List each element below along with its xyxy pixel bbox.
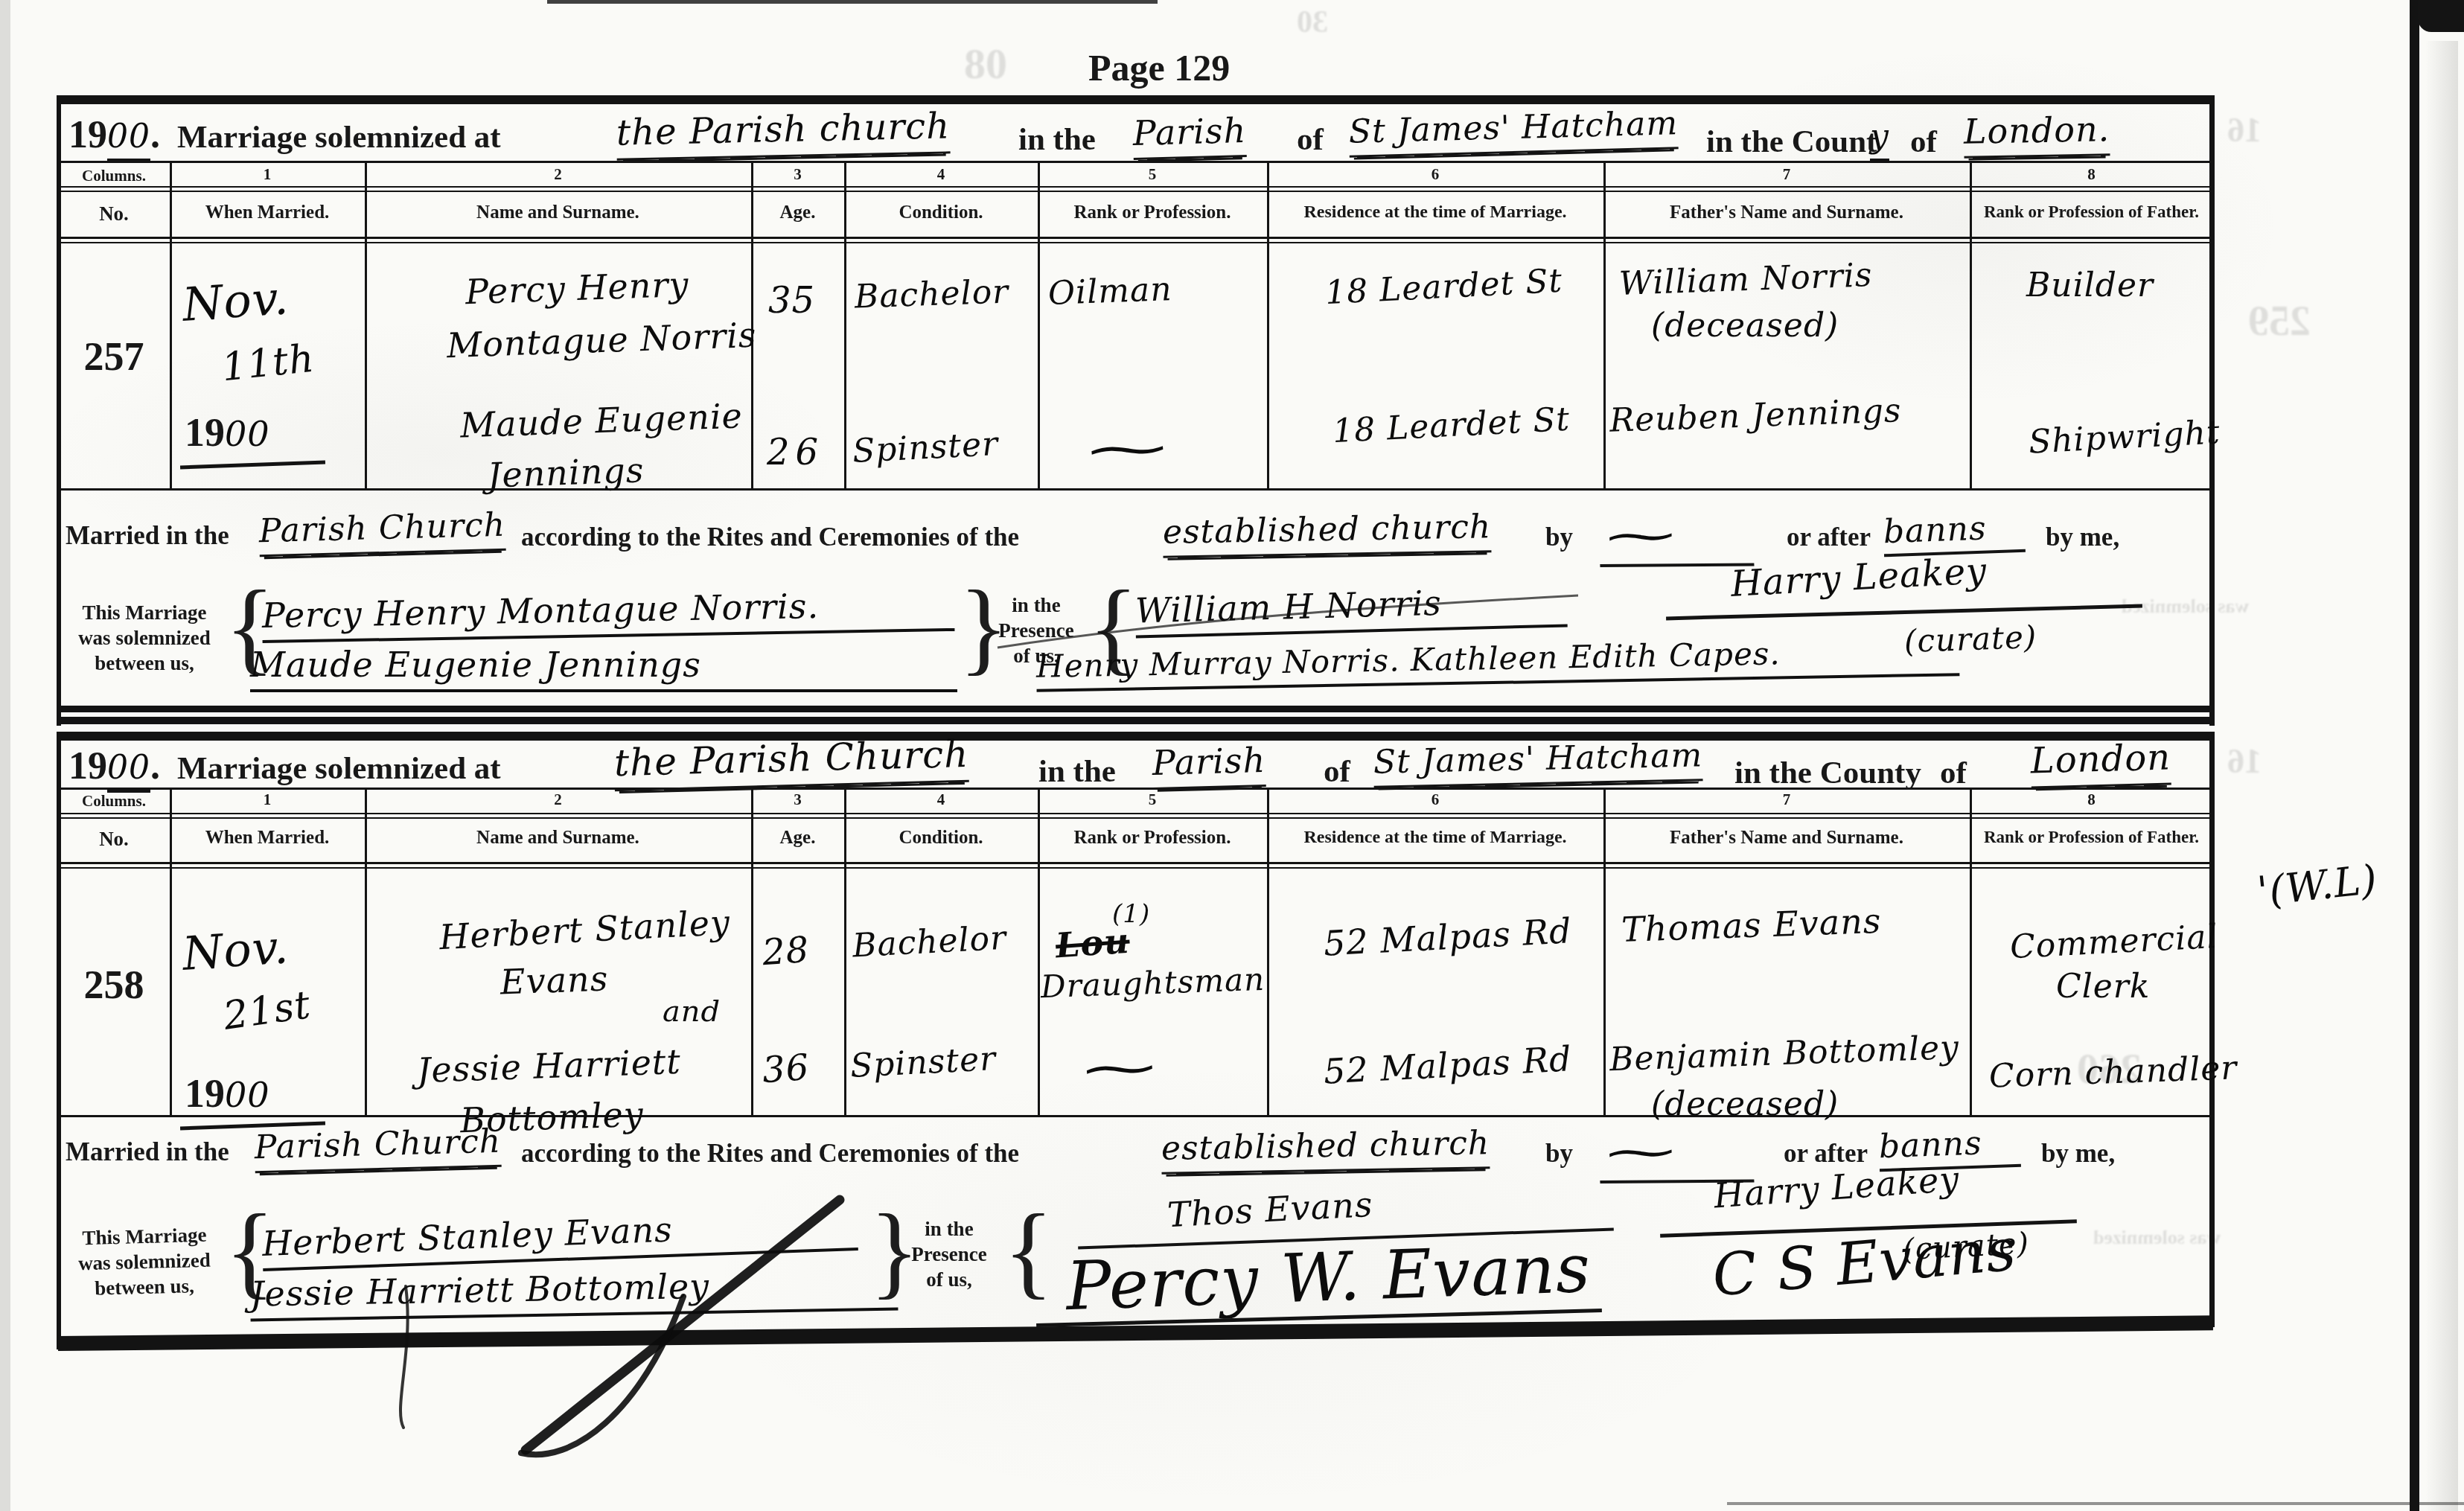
entry1-in-the-label: in the — [1018, 121, 1096, 158]
entry2-groom-rank: Draughtsman — [1040, 961, 1265, 1005]
entry1-bride-age: 26 — [767, 432, 824, 473]
solemnized-label-line3: between us, — [63, 1274, 226, 1301]
entry1-by-dash: ~ — [1598, 509, 1754, 567]
col-number: 2 — [365, 790, 751, 809]
col-number: 6 — [1267, 790, 1603, 809]
entry2-bride-condition: Spinster — [849, 1040, 997, 1085]
entry2-groom-condition: Bachelor — [852, 919, 1008, 965]
entry2-solemnized-label: Marriage solemnized at — [177, 750, 501, 787]
entry1-bride-father-rank: Shipwright — [2028, 413, 2221, 461]
col-number: 7 — [1603, 790, 1970, 809]
entry2-groom-father-rank-line2: Clerk — [2056, 968, 2150, 1006]
bottom-edge-line — [1727, 1502, 2464, 1505]
entry1-groom-father: William Norris — [1618, 256, 1873, 303]
entry1-bride-residence: 18 Leardet St — [1332, 400, 1571, 451]
entry2-spouse1-signature: Herbert Stanley Evans — [262, 1213, 858, 1261]
table2-rule — [58, 813, 2213, 814]
entry1-spouse1-signature: Percy Henry Montague Norris. — [262, 590, 954, 637]
solemnized-label-line1: This Marriage — [63, 1223, 226, 1250]
entry1-rites-label: according to the Rites and Ceremonies of… — [521, 523, 1019, 552]
entry2-church: Parish Church — [254, 1122, 502, 1174]
entry2-of-label: of — [1324, 753, 1350, 790]
entry2-place: the Parish Church — [613, 732, 969, 791]
entry1-bride-name-line2: Jennings — [487, 450, 645, 495]
entry2-when-year-written: 00 — [225, 1075, 270, 1115]
entry1-by-me-label: by me, — [2046, 523, 2119, 552]
entry2-year-period: . — [150, 745, 160, 788]
entry1-or-after-label: or after — [1787, 523, 1871, 552]
entry2-groom-name-line2: Evans — [499, 958, 609, 1002]
top-edge-line — [547, 0, 1158, 4]
right-margin-rule — [2410, 0, 2419, 1511]
entry2-year-printed: 19 — [68, 745, 107, 788]
entry2-bride-father: Benjamin Bottomley — [1609, 1029, 1960, 1079]
entry1-officiant-signature: Harry Leakey — [1730, 550, 1988, 605]
entry1-bride-name-line1: Maude Eugenie — [459, 395, 744, 445]
table2-right-border — [2209, 732, 2215, 1327]
entry2-by-me-label: by me, — [2041, 1139, 2115, 1169]
solemnized-label-line2: was solemnized — [63, 1248, 226, 1276]
entry1-county: London. — [1963, 109, 2110, 158]
table2-rule — [58, 862, 2213, 864]
col-header: Father's Name and Surname. — [1603, 202, 1970, 223]
col-header: Father's Name and Surname. — [1603, 828, 1970, 849]
col-header: Age. — [751, 828, 844, 849]
table1-rule — [58, 186, 2213, 188]
entry2-groom-name-line1: Herbert Stanley — [438, 902, 731, 957]
entry2-by-label: by — [1545, 1139, 1573, 1169]
entry2-bride-father-rank: Corn chandler — [1988, 1049, 2238, 1096]
entry1-parish-name: St James' Hatcham — [1348, 104, 1679, 158]
entry1-number: 257 — [58, 333, 170, 380]
entry2-groom-father: Thomas Evans — [1621, 901, 1882, 950]
presence-label-line2: Presence — [897, 1243, 1001, 1266]
entry2-bride-father-note: (deceased) — [1651, 1085, 1839, 1123]
col-number: 6 — [1267, 165, 1603, 184]
col-number: 4 — [844, 165, 1038, 184]
table2-left-border — [57, 732, 61, 1349]
col-number: 2 — [365, 165, 751, 184]
col-number: 7 — [1603, 165, 1970, 184]
col-number: 3 — [751, 790, 844, 809]
col-header: Rank or Profession. — [1038, 828, 1267, 849]
col-header: Residence at the time of Marriage. — [1267, 828, 1603, 848]
solemnized-label-line3: between us, — [63, 652, 226, 675]
entry1-year-printed: 19 — [68, 114, 107, 156]
entry2-year-written: 00 — [107, 749, 150, 793]
entry2-number: 258 — [58, 962, 170, 1008]
table2-rule — [58, 817, 2213, 819]
col-number: 1 — [170, 790, 365, 809]
entry2-witness1-signature: Thos Evans — [1166, 1184, 1374, 1235]
col-number: 8 — [1970, 165, 2213, 184]
entry1-solemnized-label: Marriage solemnized at — [177, 119, 501, 156]
entry2-groom-age: 28 — [761, 929, 811, 974]
entry2-groom-rank-struck: Lou — [1054, 921, 1131, 966]
col-header: Condition. — [844, 828, 1038, 849]
col-number: 4 — [844, 790, 1038, 809]
col-header: When Married. — [170, 828, 365, 849]
entry1-when-year: 1900 — [185, 409, 270, 456]
entry2-or-after-label: or after — [1784, 1139, 1868, 1169]
col-number: 5 — [1038, 165, 1267, 184]
presence-label-line3: of us, — [897, 1268, 1001, 1291]
entry1-groom-father-note: (deceased) — [1651, 307, 1839, 345]
columns-label: Columns. — [58, 167, 170, 185]
no-label: No. — [58, 828, 170, 851]
entry1-witness2-signature: Henry Murray Norris. Kathleen Edith Cape… — [1036, 640, 1959, 684]
col-number: 5 — [1038, 790, 1267, 809]
entry1-county-y: y — [1870, 118, 1889, 162]
entry2-county: London — [2030, 737, 2171, 789]
entry2-groom-father-rank-line1: Commercial — [2009, 918, 2219, 967]
entry2-when-year-printed: 19 — [185, 1071, 225, 1116]
entry2-rites-label: according to the Rites and Ceremonies of… — [521, 1139, 1019, 1169]
entry2-bride-residence: 52 Malpas Rd — [1323, 1038, 1573, 1091]
ghost-text: was solemnized — [2093, 1227, 2221, 1249]
no-label: No. — [58, 202, 170, 226]
entry2-when-month: Nov. — [181, 919, 291, 981]
entry1-parish-blank: Parish — [1132, 110, 1247, 160]
col-header: When Married. — [170, 202, 365, 223]
col-number: 8 — [1970, 790, 2213, 809]
col-number: 3 — [751, 165, 844, 184]
entry2-year: 1900. — [68, 744, 160, 788]
table2-rule — [58, 867, 2213, 869]
margin-note: '(W.L) — [2255, 856, 2380, 916]
entry1-groom-name-line1: Percy Henry — [465, 264, 689, 312]
entry1-when-year-written: 00 — [225, 414, 270, 454]
entry1-church: Parish Church — [258, 506, 506, 558]
columns-label: Columns. — [58, 792, 170, 811]
entry1-groom-rank: Oilman — [1047, 270, 1172, 313]
entry2-in-the-label: in the — [1038, 753, 1116, 790]
entry1-place: the Parish church — [616, 105, 950, 160]
ghost-number: 16 — [2227, 741, 2262, 781]
entry1-year: 1900. — [68, 113, 160, 157]
entry2-of2-label: of — [1940, 755, 1967, 791]
presence-label-line2: Presence — [984, 619, 1088, 642]
table1-rule — [58, 242, 2213, 243]
entry1-banns: banns — [1883, 508, 2026, 558]
presence-label-line1: in the — [897, 1218, 1001, 1241]
col-header: Name and Surname. — [365, 202, 751, 223]
entry1-bride-father: Reuben Jennings — [1609, 392, 1902, 440]
entry1-when-year-printed: 19 — [185, 410, 225, 455]
right-edge-texture — [2425, 41, 2458, 1511]
entry1-when-year-underline — [180, 461, 325, 470]
table1-top-border — [58, 95, 2213, 104]
page-number: Page 129 — [1088, 46, 1230, 89]
entry1-spouse2-signature: Maude Eugenie Jennings — [250, 645, 957, 692]
col-header: Residence at the time of Marriage. — [1267, 202, 1603, 223]
entry2-bride-age: 36 — [761, 1047, 811, 1091]
entry2-parish-name: St James' Hatcham — [1373, 736, 1702, 788]
entry1-bride-rank-dash: ~ — [1077, 421, 1179, 478]
entry1-established: established church — [1163, 508, 1492, 558]
entry1-when-month: Nov. — [181, 270, 291, 332]
entry2-bride-name-line1: Jessie Harriett — [416, 1041, 682, 1090]
col-header: Rank or Profession. — [1038, 202, 1267, 223]
entry1-by-label: by — [1545, 523, 1573, 552]
ghost-number: 16 — [2227, 110, 2262, 150]
entry1-married-in-label: Married in the — [66, 521, 229, 551]
entry2-married-in-label: Married in the — [66, 1137, 229, 1167]
entry2-county-label: in the County — [1734, 755, 1921, 791]
table1-rule — [58, 161, 2213, 163]
col-header: Rank or Profession of Father. — [1970, 202, 2213, 222]
col-header: Condition. — [844, 202, 1038, 223]
entry2-established: established church — [1161, 1124, 1490, 1175]
presence-label-line1: in the — [984, 594, 1088, 617]
ghost-number: 30 — [1297, 4, 1328, 40]
entry1-groom-condition: Bachelor — [854, 272, 1009, 316]
entry2-when-year: 1900 — [185, 1070, 270, 1117]
entry2-parish-blank: Parish — [1152, 740, 1266, 790]
entry2-bride-rank-dash: ~ — [1073, 1041, 1167, 1097]
left-edge-texture — [0, 0, 10, 1511]
entry1-groom-residence: 18 Leardet St — [1324, 262, 1563, 313]
table1-bottom-border — [58, 717, 2213, 724]
entry1-groom-father-rank: Builder — [2026, 266, 2154, 304]
entry2-name-joiner: and — [663, 994, 721, 1029]
entry1-officiant-underline — [1666, 604, 2142, 621]
register-page: Page 129 08 30 16 259 16 260 was solemni… — [0, 0, 2464, 1511]
entry2-when-day: 21st — [220, 983, 313, 1039]
entry1-of-label: of — [1297, 121, 1324, 158]
col-number: 1 — [170, 165, 365, 184]
entry1-groom-name-line2: Montague Norris — [446, 315, 757, 366]
entry1-county-label: in the Count — [1706, 124, 1877, 160]
entry1-year-period: . — [150, 114, 160, 156]
entry2-groom-residence: 52 Malpas Rd — [1323, 910, 1573, 963]
table1-rule — [58, 237, 2213, 239]
entry1-year-written: 00 — [107, 118, 150, 162]
solemnized-label-line2: was solemnized — [63, 627, 226, 650]
ghost-number: 259 — [2248, 298, 2311, 345]
table1-bottom-border — [58, 706, 2213, 712]
table1-rule — [58, 191, 2213, 192]
col-header: Age. — [751, 202, 844, 223]
entry1-when-day: 11th — [220, 336, 316, 391]
solemnized-label-line1: This Marriage — [63, 601, 226, 624]
col-header: Name and Surname. — [365, 828, 751, 849]
entry1-witness1-signature: William H Norris — [1135, 585, 1567, 633]
entry1-groom-age: 35 — [768, 280, 815, 322]
entry1-of2-label: of — [1910, 124, 1937, 160]
table1-rows-bottom-rule — [58, 488, 2213, 491]
entry1-bride-condition: Spinster — [852, 425, 999, 470]
entry2-spouse2-signature: Jessie Harriett Bottomley — [250, 1268, 898, 1316]
table2-top-border — [58, 732, 2213, 741]
col-header: Rank or Profession of Father. — [1970, 828, 2213, 847]
left-brace: { — [1003, 1191, 1053, 1311]
ghost-number: 08 — [964, 39, 1007, 89]
table2-rows-bottom-rule — [58, 1115, 2213, 1117]
right-corner-blot — [2418, 0, 2464, 32]
